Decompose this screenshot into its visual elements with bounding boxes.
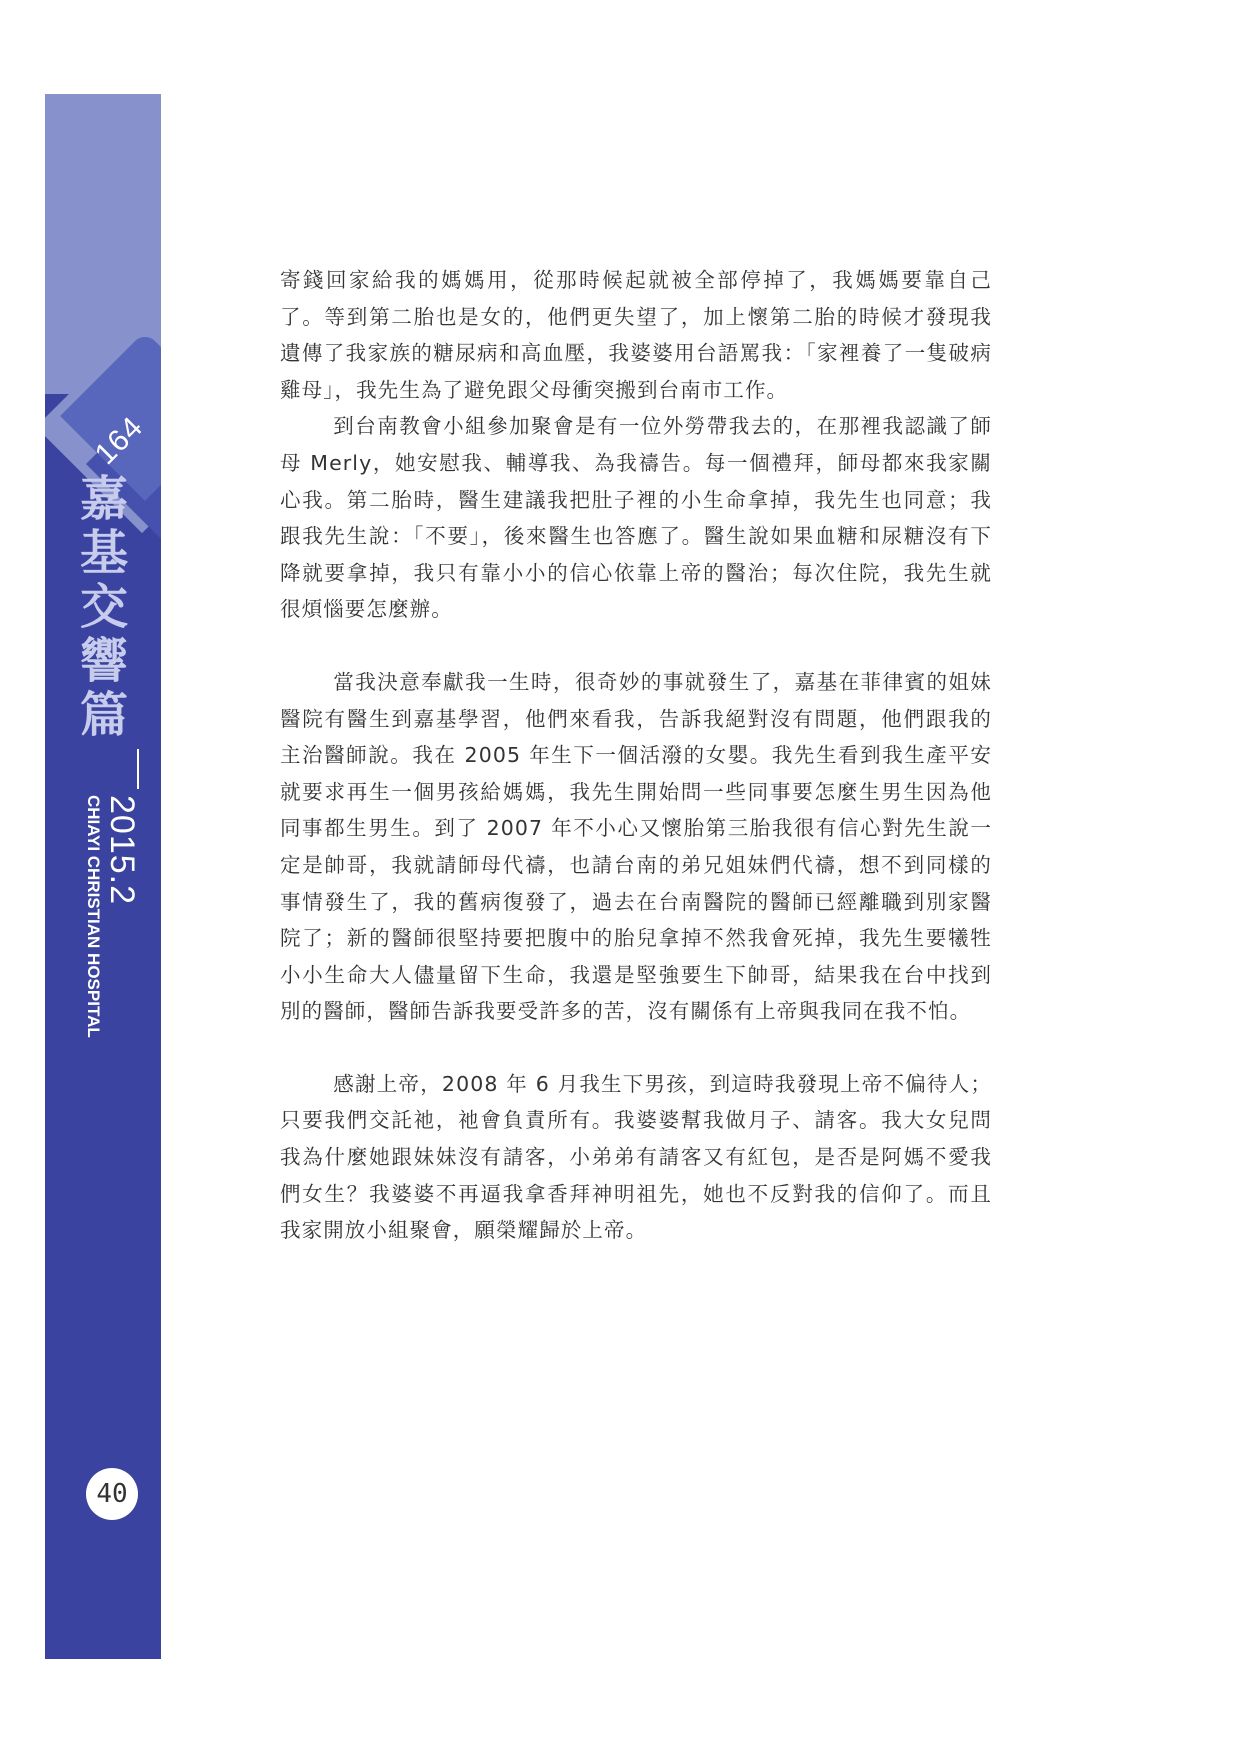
title-char: 交: [77, 580, 131, 634]
sidebar-band: 164 嘉 基 交 響 篇 2015.2 CHIAYI CHRISTIAN HO…: [45, 94, 161, 1659]
title-char: 篇: [77, 688, 131, 742]
article-body: 寄錢回家給我的媽媽用，從那時候起就被全部停掉了，我媽媽要靠自己了。等到第二胎也是…: [280, 262, 992, 1249]
paragraph: 到台南教會小組參加聚會是有一位外勞帶我去的，在那裡我認識了師母 Merly，她安…: [280, 408, 992, 628]
paragraph: 感謝上帝，2008 年 6 月我生下男孩，到這時我發現上帝不偏待人；只要我們交託…: [280, 1066, 992, 1249]
issue-date-block: 2015.2 CHIAYI CHRISTIAN HOSPITAL: [73, 749, 133, 1029]
title-char: 響: [77, 634, 131, 688]
page-number-badge: 40: [86, 1468, 138, 1520]
title-char: 基: [77, 526, 131, 580]
hospital-name: CHIAYI CHRISTIAN HOSPITAL: [83, 795, 103, 1038]
date-divider: [137, 749, 139, 789]
issue-date: 2015.2: [102, 795, 141, 905]
paragraph: 當我決意奉獻我一生時，很奇妙的事就發生了，嘉基在菲律賓的姐妹醫院有醫生到嘉基學習…: [280, 664, 992, 1030]
paragraph: 寄錢回家給我的媽媽用，從那時候起就被全部停掉了，我媽媽要靠自己了。等到第二胎也是…: [280, 262, 992, 408]
title-char: 嘉: [77, 472, 131, 526]
column-title: 嘉 基 交 響 篇: [77, 472, 131, 742]
page-number: 40: [96, 1479, 127, 1509]
